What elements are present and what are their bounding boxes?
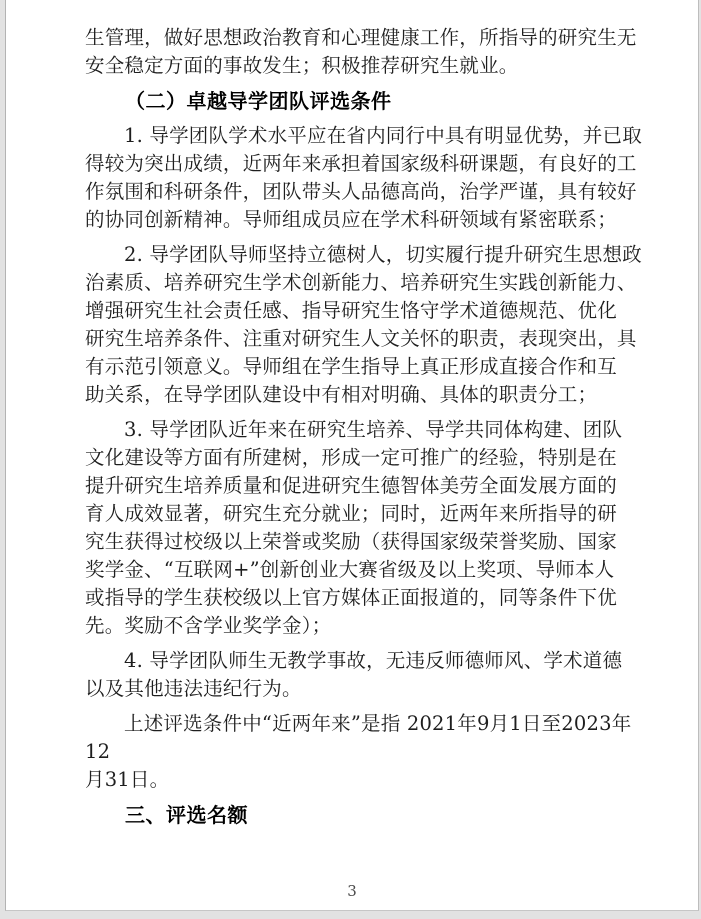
paragraph-item-3: 3. 导学团队近年来在研究生培养、导学共同体构建、团队 文化建设等方面有所建树，… (85, 416, 645, 640)
paragraph-note-daterange: 上述评选条件中“近两年来”是指 2021年9月1日至2023年12 月31日。 (85, 710, 645, 794)
document-page: 生管理，做好思想政治教育和心理健康工作，所指导的研究生无 安全稳定方面的事故发生… (5, 0, 699, 911)
paragraph-continuation: 生管理，做好思想政治教育和心理健康工作，所指导的研究生无 安全稳定方面的事故发生… (85, 24, 645, 80)
page-content: 生管理，做好思想政治教育和心理健康工作，所指导的研究生无 安全稳定方面的事故发生… (85, 24, 645, 836)
page-number: 3 (6, 882, 698, 900)
paragraph-item-1: 1. 导学团队学术水平应在省内同行中具有明显优势，并已取 得较为突出成绩，近两年… (85, 122, 645, 234)
section-heading-quota: 三、评选名额 (85, 801, 645, 829)
paragraph-item-4: 4. 导学团队师生无教学事故，无违反师德师风、学术道德 以及其他违法违纪行为。 (85, 647, 645, 703)
paragraph-item-2: 2. 导学团队导师坚持立德树人，切实履行提升研究生思想政 治素质、培养研究生学术… (85, 241, 645, 409)
section-heading-criteria: （二）卓越导学团队评选条件 (85, 87, 645, 115)
